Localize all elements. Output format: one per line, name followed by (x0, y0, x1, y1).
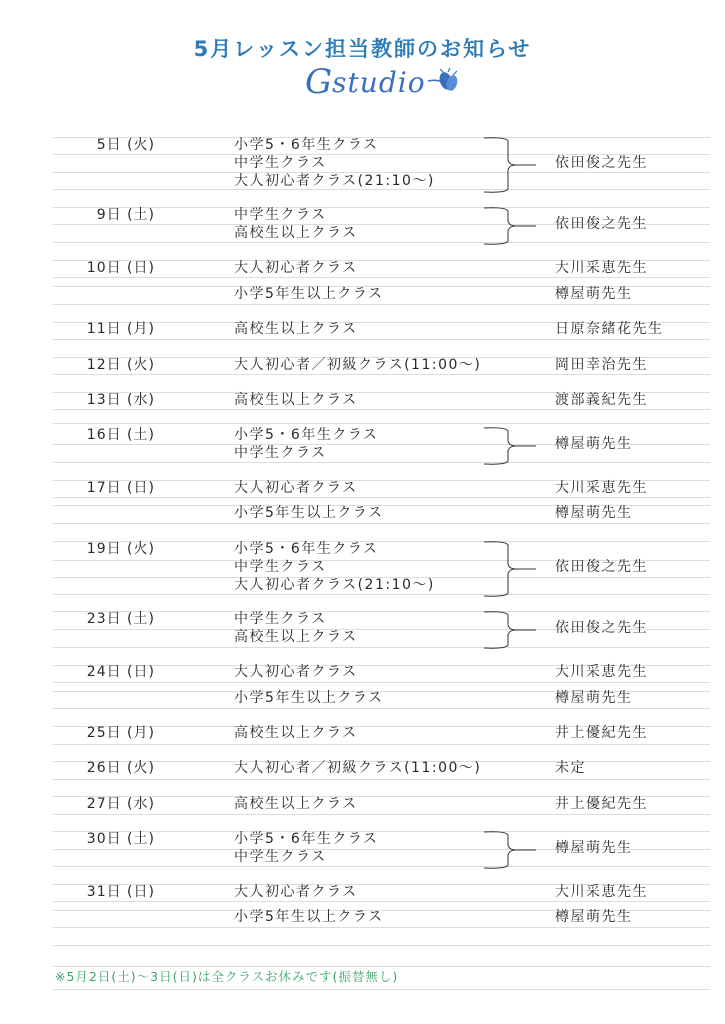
class-cell: 高校生以上クラス (234, 628, 358, 646)
ruled-line (53, 242, 710, 243)
ruled-line (53, 339, 710, 340)
date-cell: 13日 (水) (60, 391, 155, 409)
class-cell: 中学生クラス (234, 444, 327, 462)
teacher-cell: 依田俊之先生 (555, 154, 648, 172)
ruled-line (53, 682, 710, 683)
date-cell: 26日 (火) (60, 759, 155, 777)
class-cell: 中学生クラス (234, 558, 327, 576)
ruled-line (53, 497, 710, 498)
ruled-line (53, 744, 710, 745)
group-bracket-icon (484, 207, 544, 245)
class-cell: 高校生以上クラス (234, 224, 358, 242)
date-cell: 9日 (土) (60, 206, 155, 224)
ruled-line (53, 409, 710, 410)
class-cell: 小学5年生以上クラス (234, 504, 384, 522)
page-title: 5月レッスン担当教師のお知らせ (0, 33, 725, 63)
date-cell: 24日 (日) (60, 663, 155, 681)
group-bracket-icon (484, 541, 544, 597)
class-cell: 高校生以上クラス (234, 320, 358, 338)
date-cell: 31日 (日) (60, 883, 155, 901)
ruled-line (53, 927, 710, 928)
class-cell: 小学5・6年生クラス (234, 540, 378, 558)
teacher-cell: 日原奈緒花先生 (555, 320, 664, 338)
teacher-cell: 渡部義紀先生 (555, 391, 648, 409)
class-cell: 小学5・6年生クラス (234, 830, 378, 848)
class-cell: 高校生以上クラス (234, 724, 358, 742)
ruled-line (53, 374, 710, 375)
ruled-line (53, 462, 710, 463)
ballet-shoes-icon (426, 67, 460, 97)
ruled-line (53, 814, 710, 815)
teacher-cell: 未定 (555, 759, 586, 777)
date-cell: 10日 (日) (60, 259, 155, 277)
group-bracket-icon (484, 831, 544, 869)
class-cell: 小学5年生以上クラス (234, 689, 384, 707)
class-cell: 小学5・6年生クラス (234, 426, 378, 444)
logo-text: studio (332, 66, 425, 99)
ruled-line (53, 647, 710, 648)
class-cell: 大人初心者クラス (234, 663, 358, 681)
logo-initial: G (305, 62, 332, 102)
class-cell: 中学生クラス (234, 154, 327, 172)
ruled-line (53, 779, 710, 780)
class-cell: 高校生以上クラス (234, 795, 358, 813)
ruled-line (53, 304, 710, 305)
class-cell: 小学5・6年生クラス (234, 136, 378, 154)
ruled-line (53, 708, 710, 709)
date-cell: 23日 (土) (60, 610, 155, 628)
group-bracket-icon (484, 137, 544, 193)
ruled-line (53, 866, 710, 867)
class-cell: 大人初心者／初級クラス(11:00〜) (234, 356, 481, 374)
date-cell: 19日 (火) (60, 540, 155, 558)
date-cell: 30日 (土) (60, 830, 155, 848)
studio-logo: G studio (305, 62, 460, 102)
holiday-note: ※5月2日(土)〜3日(日)は全クラスお休みです(振替無し) (55, 967, 398, 985)
class-cell: 高校生以上クラス (234, 391, 358, 409)
teacher-cell: 大川采恵先生 (555, 259, 648, 277)
teacher-cell: 依田俊之先生 (555, 558, 648, 576)
date-cell: 5日 (火) (60, 136, 155, 154)
class-cell: 小学5年生以上クラス (234, 908, 384, 926)
ruled-line (53, 989, 710, 990)
teacher-cell: 大川采恵先生 (555, 479, 648, 497)
date-cell: 27日 (水) (60, 795, 155, 813)
class-cell: 大人初心者クラス (234, 479, 358, 497)
teacher-cell: 依田俊之先生 (555, 619, 648, 637)
date-cell: 16日 (土) (60, 426, 155, 444)
date-cell: 12日 (火) (60, 356, 155, 374)
class-cell: 大人初心者／初級クラス(11:00〜) (234, 759, 481, 777)
class-cell: 中学生クラス (234, 848, 327, 866)
teacher-cell: 大川采恵先生 (555, 663, 648, 681)
teacher-cell: 樽屋萌先生 (555, 908, 633, 926)
date-cell: 25日 (月) (60, 724, 155, 742)
ruled-line (53, 277, 710, 278)
ruled-line (53, 594, 710, 595)
group-bracket-icon (484, 427, 544, 465)
teacher-cell: 樽屋萌先生 (555, 435, 633, 453)
teacher-cell: 樽屋萌先生 (555, 689, 633, 707)
teacher-cell: 樽屋萌先生 (555, 839, 633, 857)
ruled-line (53, 901, 710, 902)
class-cell: 大人初心者クラス(21:10〜) (234, 172, 435, 190)
teacher-cell: 井上優紀先生 (555, 795, 648, 813)
ruled-line (53, 423, 710, 424)
class-cell: 中学生クラス (234, 206, 327, 224)
ruled-line (53, 523, 710, 524)
teacher-cell: 依田俊之先生 (555, 215, 648, 233)
class-cell: 小学5年生以上クラス (234, 285, 384, 303)
group-bracket-icon (484, 611, 544, 649)
class-cell: 大人初心者クラス(21:10〜) (234, 576, 435, 594)
ruled-line (53, 945, 710, 946)
class-cell: 大人初心者クラス (234, 883, 358, 901)
date-cell: 17日 (日) (60, 479, 155, 497)
teacher-cell: 大川采恵先生 (555, 883, 648, 901)
teacher-cell: 樽屋萌先生 (555, 504, 633, 522)
date-cell: 11日 (月) (60, 320, 155, 338)
class-cell: 中学生クラス (234, 610, 327, 628)
teacher-cell: 井上優紀先生 (555, 724, 648, 742)
teacher-cell: 岡田幸治先生 (555, 356, 648, 374)
teacher-cell: 樽屋萌先生 (555, 285, 633, 303)
class-cell: 大人初心者クラス (234, 259, 358, 277)
